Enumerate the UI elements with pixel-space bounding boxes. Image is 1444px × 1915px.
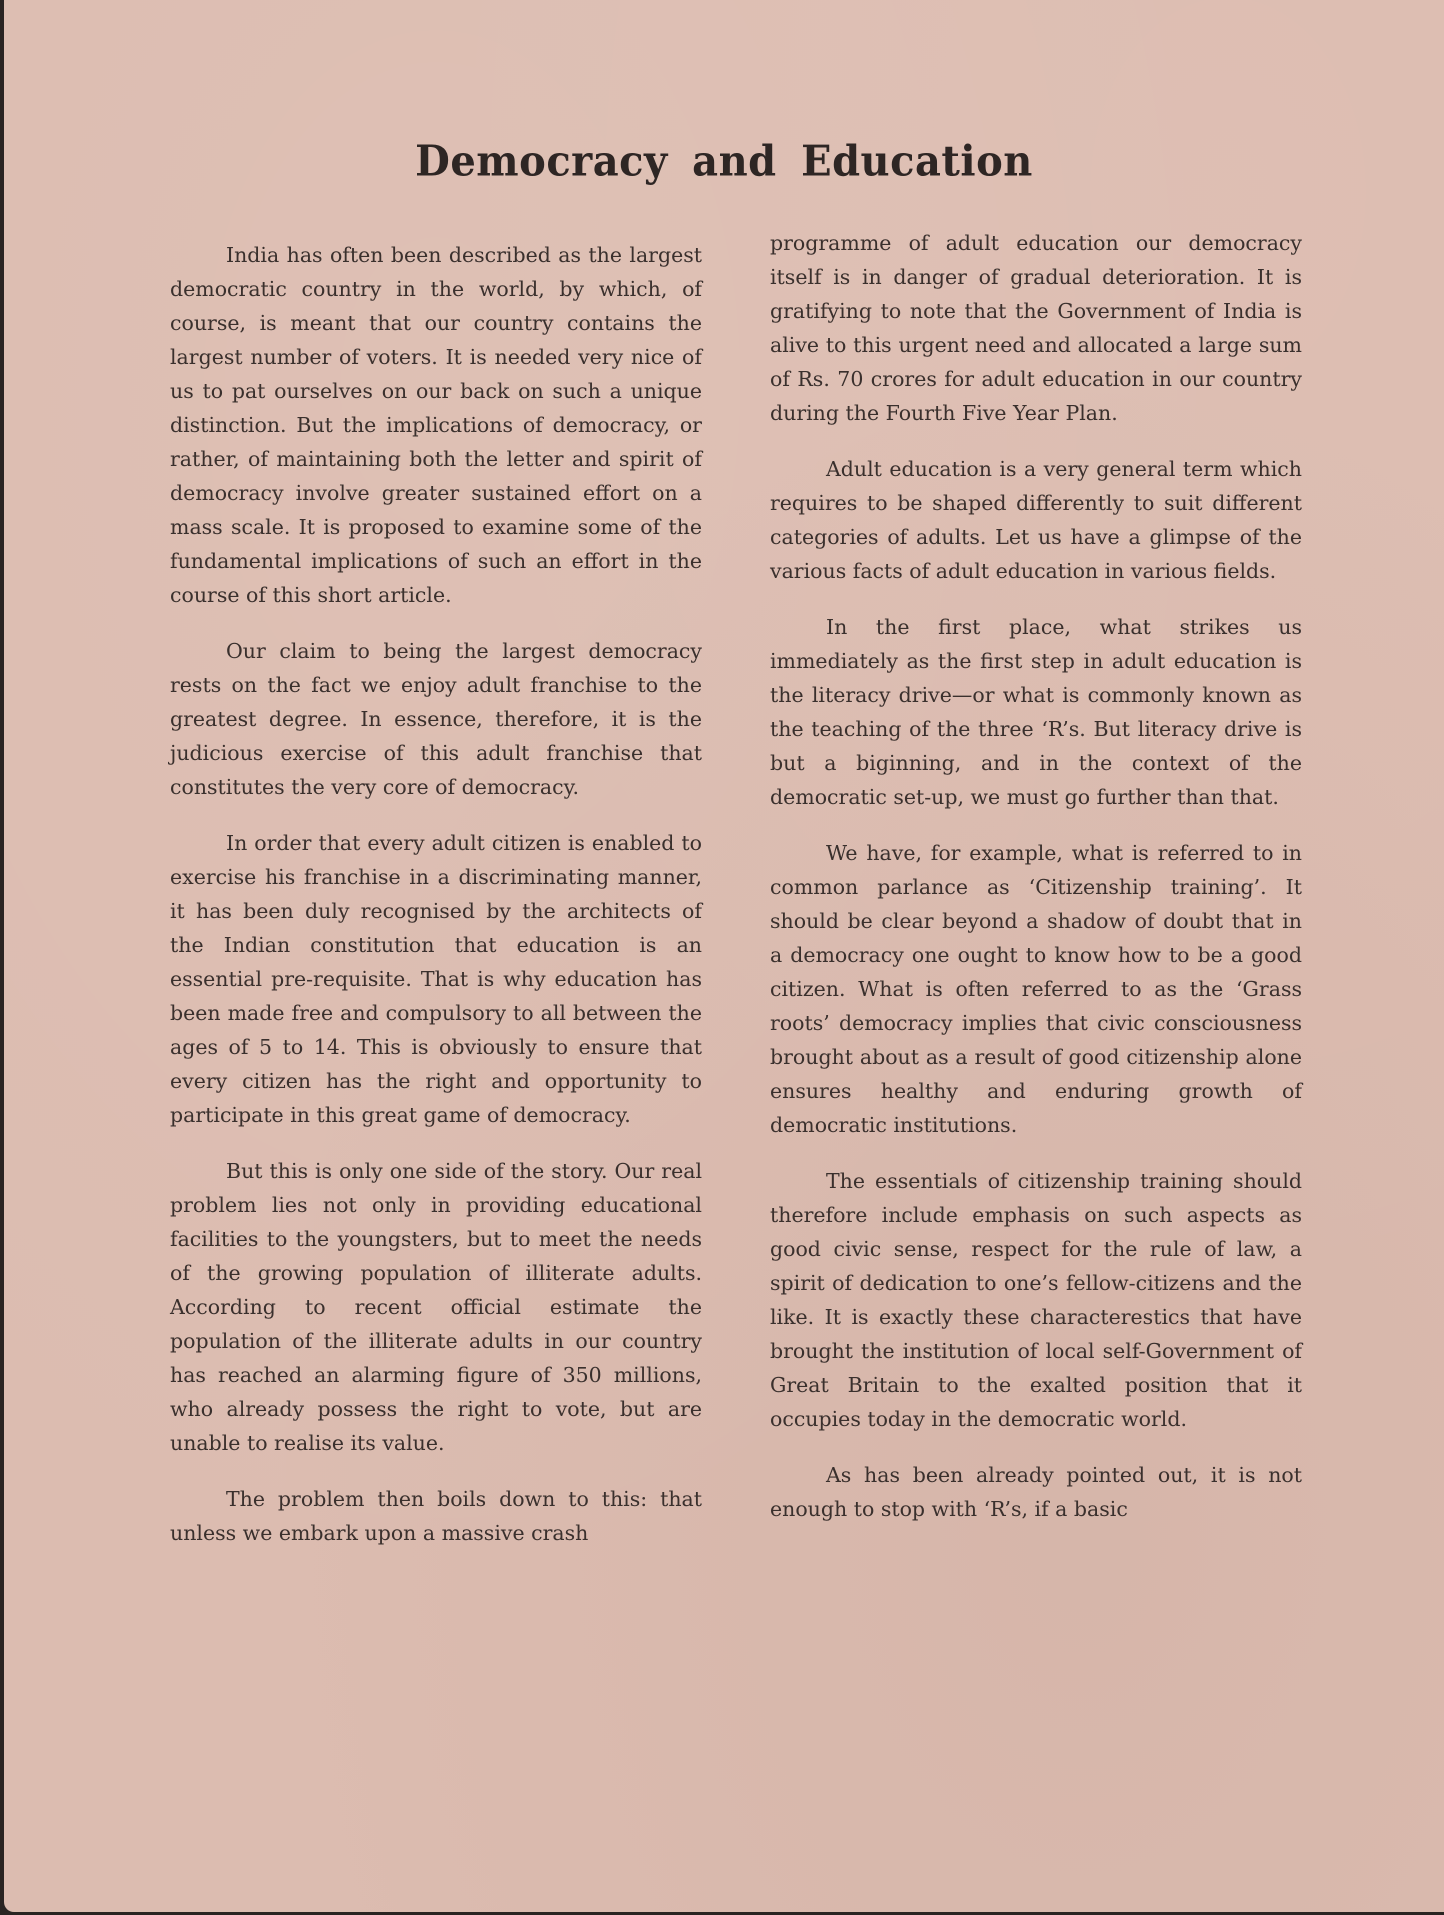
paragraph: The problem then boils down to this: tha…	[170, 1482, 702, 1550]
paragraph: As has been already pointed out, it is n…	[770, 1458, 1302, 1526]
paragraph: programme of adult education our democra…	[770, 226, 1302, 430]
paragraph: The essentials of citizenship training s…	[770, 1164, 1302, 1436]
paragraph: In the first place, what strikes us imme…	[770, 610, 1302, 814]
paragraph: Adult education is a very general term w…	[770, 452, 1302, 588]
left-column: India has often been described as the la…	[170, 238, 702, 1550]
paragraph: But this is only one side of the story. …	[170, 1154, 702, 1460]
paragraph: India has often been described as the la…	[170, 238, 702, 612]
right-column: programme of adult education our democra…	[770, 226, 1302, 1526]
page-title: Democracy and Education	[4, 137, 1444, 186]
document-page: Democracy and Education India has often …	[4, 0, 1444, 1912]
paragraph: Our claim to being the largest democracy…	[170, 634, 702, 804]
paragraph: In order that every adult citizen is ena…	[170, 826, 702, 1132]
paragraph: We have, for example, what is referred t…	[770, 836, 1302, 1142]
